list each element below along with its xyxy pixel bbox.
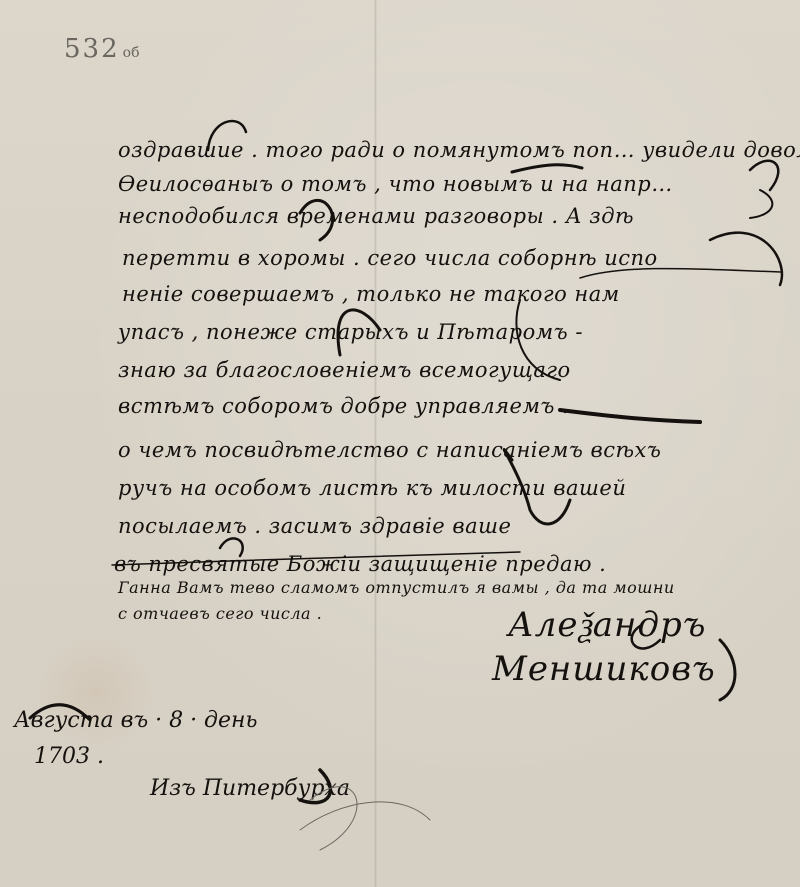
dateline-place: Изъ Питербурха bbox=[150, 776, 350, 801]
letter-line-8: встѣмъ соборомъ добре управляемъ . bbox=[118, 396, 569, 417]
signature-first-name: Алеѯандръ bbox=[508, 608, 706, 642]
folio-suffix: об bbox=[123, 45, 140, 61]
letter-line-5: неніе совершаемъ , только не такого нам bbox=[122, 284, 620, 305]
signature-last-name: Меншиковъ bbox=[492, 652, 716, 686]
letter-line-7: знаю за благословеніемъ всемогущаго bbox=[118, 360, 571, 381]
letter-line-14: с отчаевъ сего числа . bbox=[118, 606, 322, 622]
letter-line-3: несподобился временами разговоры . А здѣ bbox=[118, 206, 634, 227]
dateline-date: Августа въ · 8 · день bbox=[14, 708, 258, 733]
archive-folio-number: 532об bbox=[64, 34, 140, 64]
letter-line-13: Ганна Вамъ тево сламомъ отпустилъ я вамы… bbox=[118, 580, 675, 596]
letter-line-1: оздравшие . того ради о помянутомъ поп… … bbox=[118, 140, 800, 161]
letter-line-12: въ пресвятые Божіи защищеніе предаю . bbox=[114, 554, 606, 575]
letter-line-9: о чемъ посвидѣтелство с написаніемъ всѣх… bbox=[118, 440, 661, 461]
letter-line-11: посылаемъ . засимъ здравіе ваше bbox=[118, 516, 511, 537]
manuscript-page: 532об оздравшие . того ради о помянутомъ… bbox=[0, 0, 800, 887]
letter-line-10: ручъ на особомъ листѣ къ милости вашей bbox=[118, 478, 626, 499]
dateline-year: 1703 . bbox=[34, 744, 104, 769]
letter-line-4: перетти в хоромы . сего числа соборнѣ ис… bbox=[122, 248, 658, 269]
folio-number: 532 bbox=[64, 34, 120, 64]
letter-line-6: упасъ , понеже старыхъ и Пѣтаромъ - bbox=[118, 322, 583, 343]
letter-line-2: Ѳеилосѳаныъ о томъ , что новымъ и на нап… bbox=[118, 174, 673, 195]
